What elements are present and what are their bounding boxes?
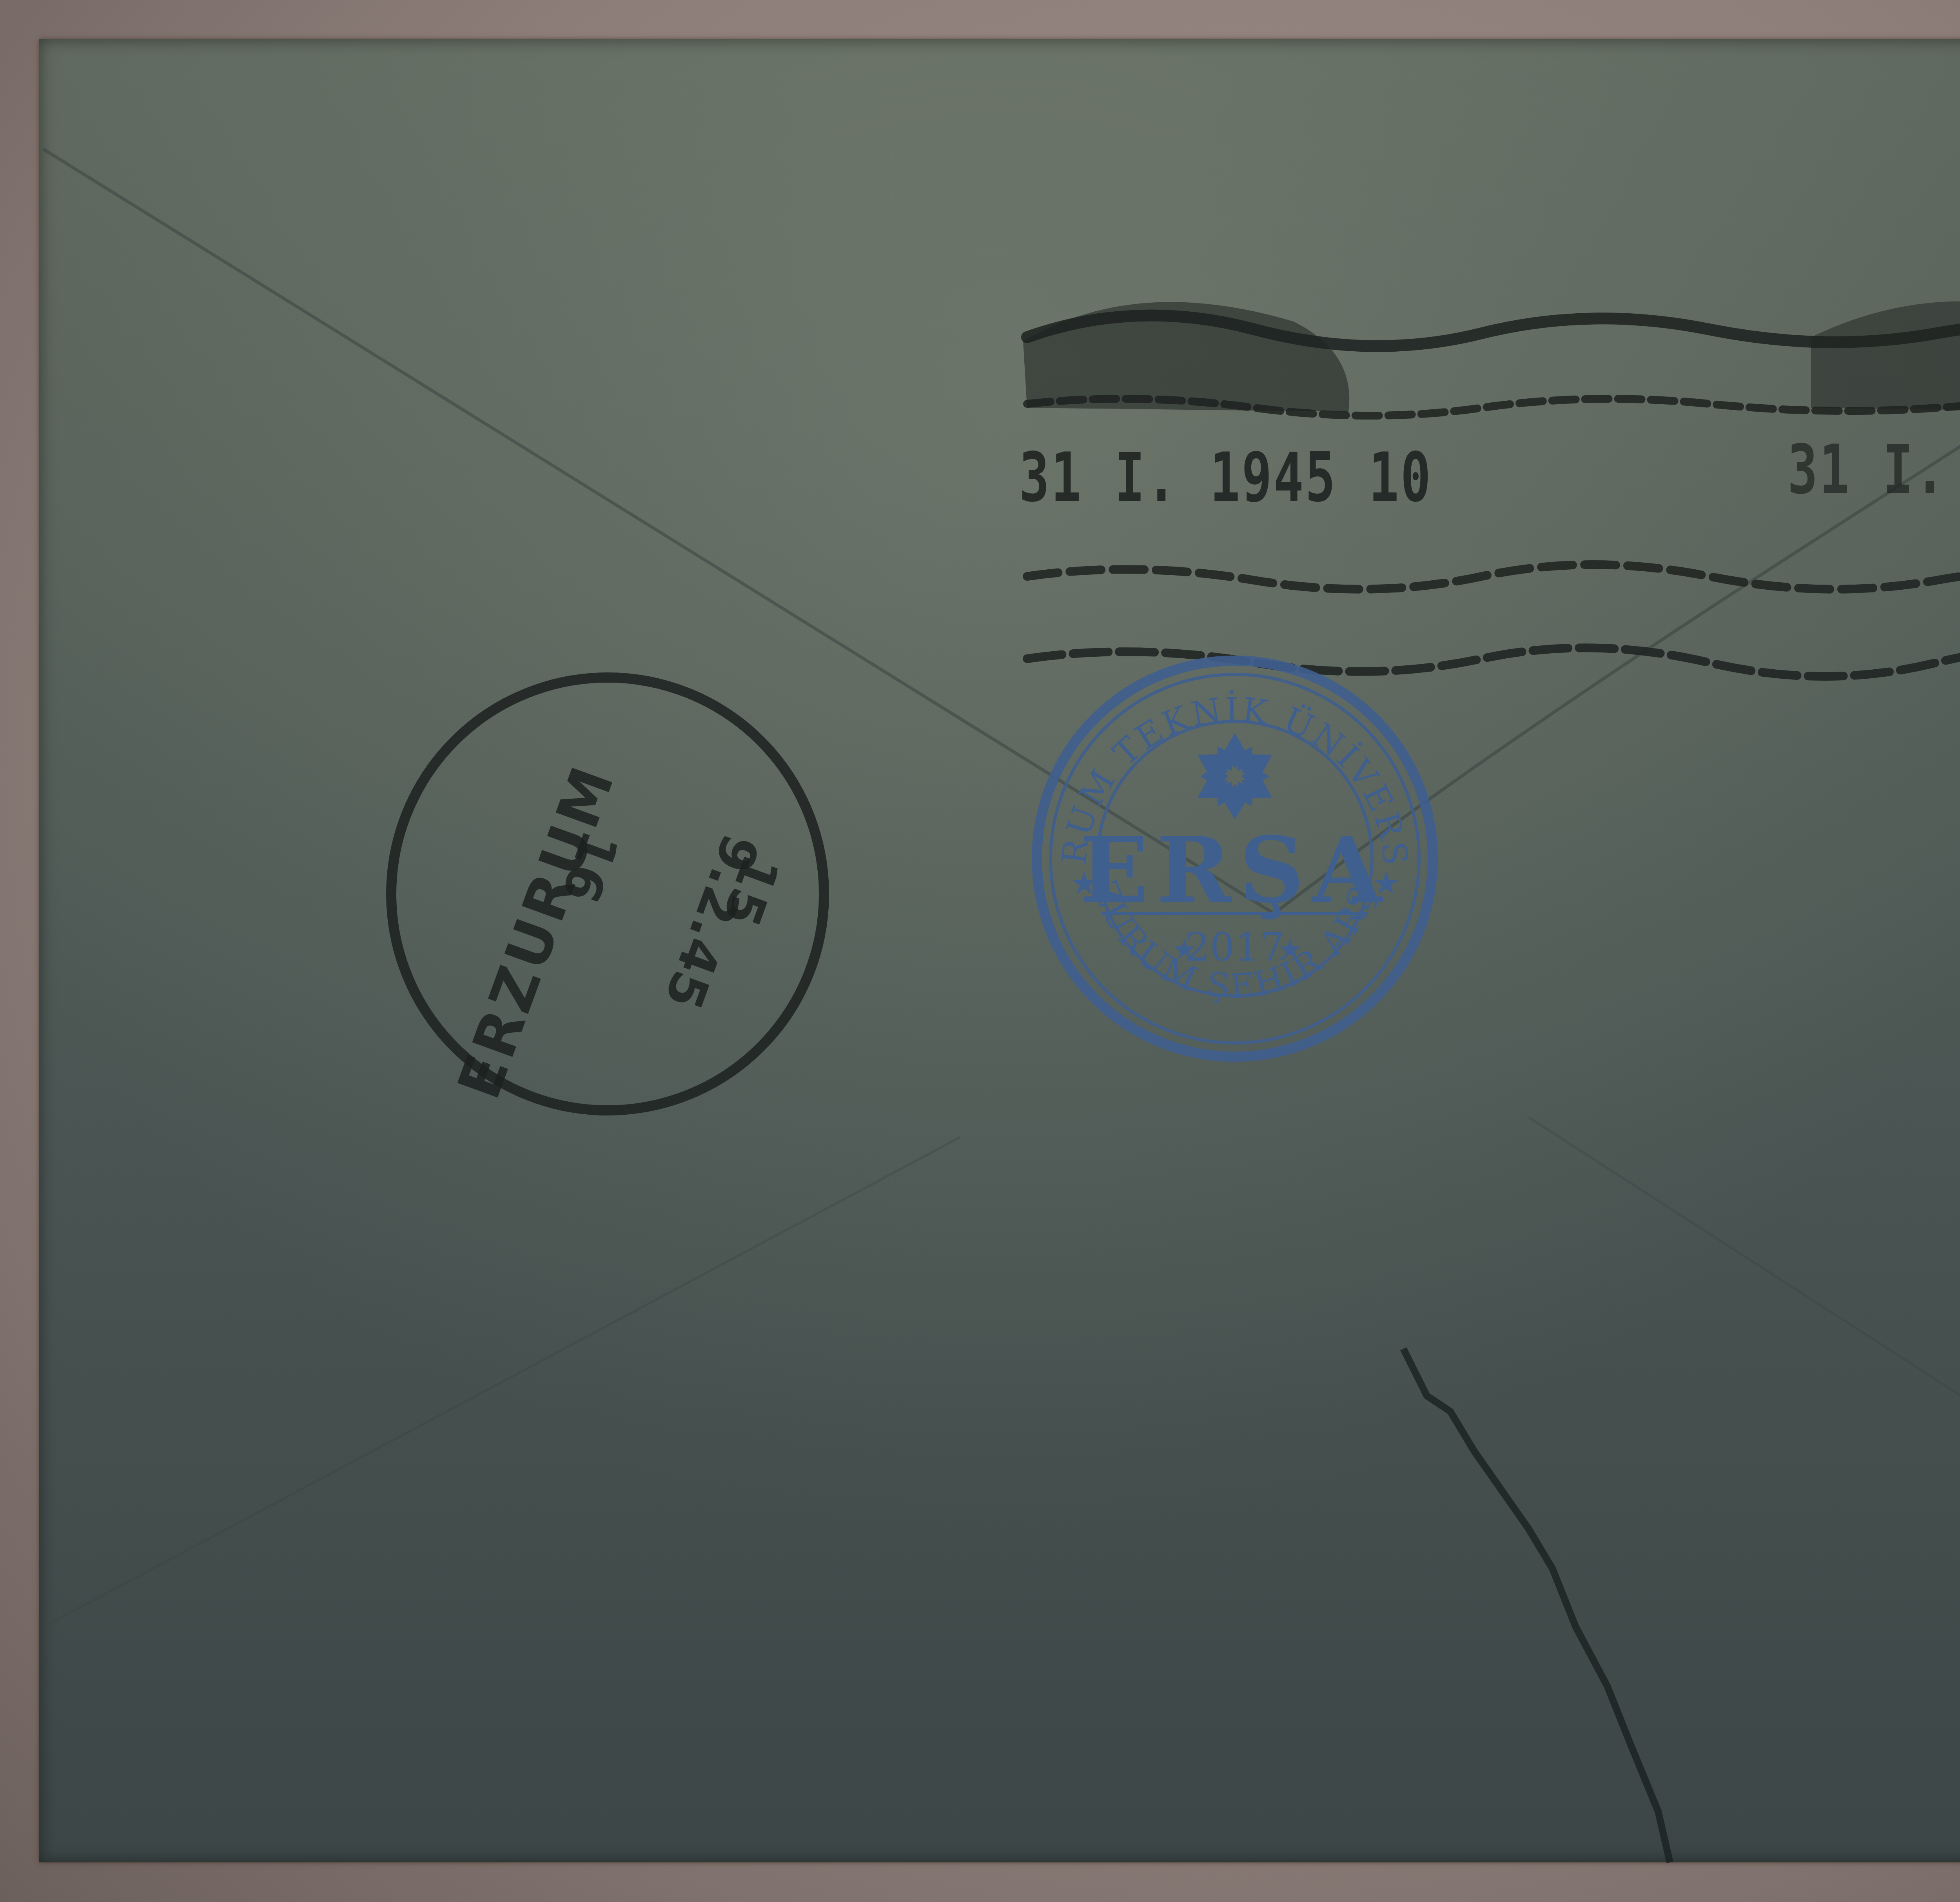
stamp-center-text: ERŞA (1080, 817, 1390, 923)
machine-cancel-date-right: 31 I. 1945 10 (1788, 431, 1960, 510)
machine-cancel-date-left: 31 I. 1945 10 (1019, 439, 1432, 518)
star-icon-year-right: ★ (1278, 933, 1303, 965)
circular-postmark: ERZURUM 16 9.2.45 15 (386, 672, 829, 1115)
flap-crease-lower-left (43, 1137, 960, 1627)
envelope-tear (1403, 1349, 1670, 1862)
snowflake-emblem-icon (1188, 729, 1282, 824)
cancel-ornament-left (1023, 302, 1349, 412)
envelope-lines (0, 0, 1960, 1902)
cancel-ornament-right (1811, 302, 1960, 412)
archive-stamp: ERZURUM TEKNİK ÜNİVERSİTESİ ERZURUM ŞEHİ… (1027, 651, 1443, 1066)
star-icon-right: ★ (1372, 865, 1400, 901)
star-icon-year-left: ★ (1172, 933, 1197, 965)
flap-crease-lower-right (1529, 1117, 1960, 1706)
stamp-year: 2017 (1185, 924, 1285, 970)
star-icon-left: ★ (1070, 865, 1098, 901)
